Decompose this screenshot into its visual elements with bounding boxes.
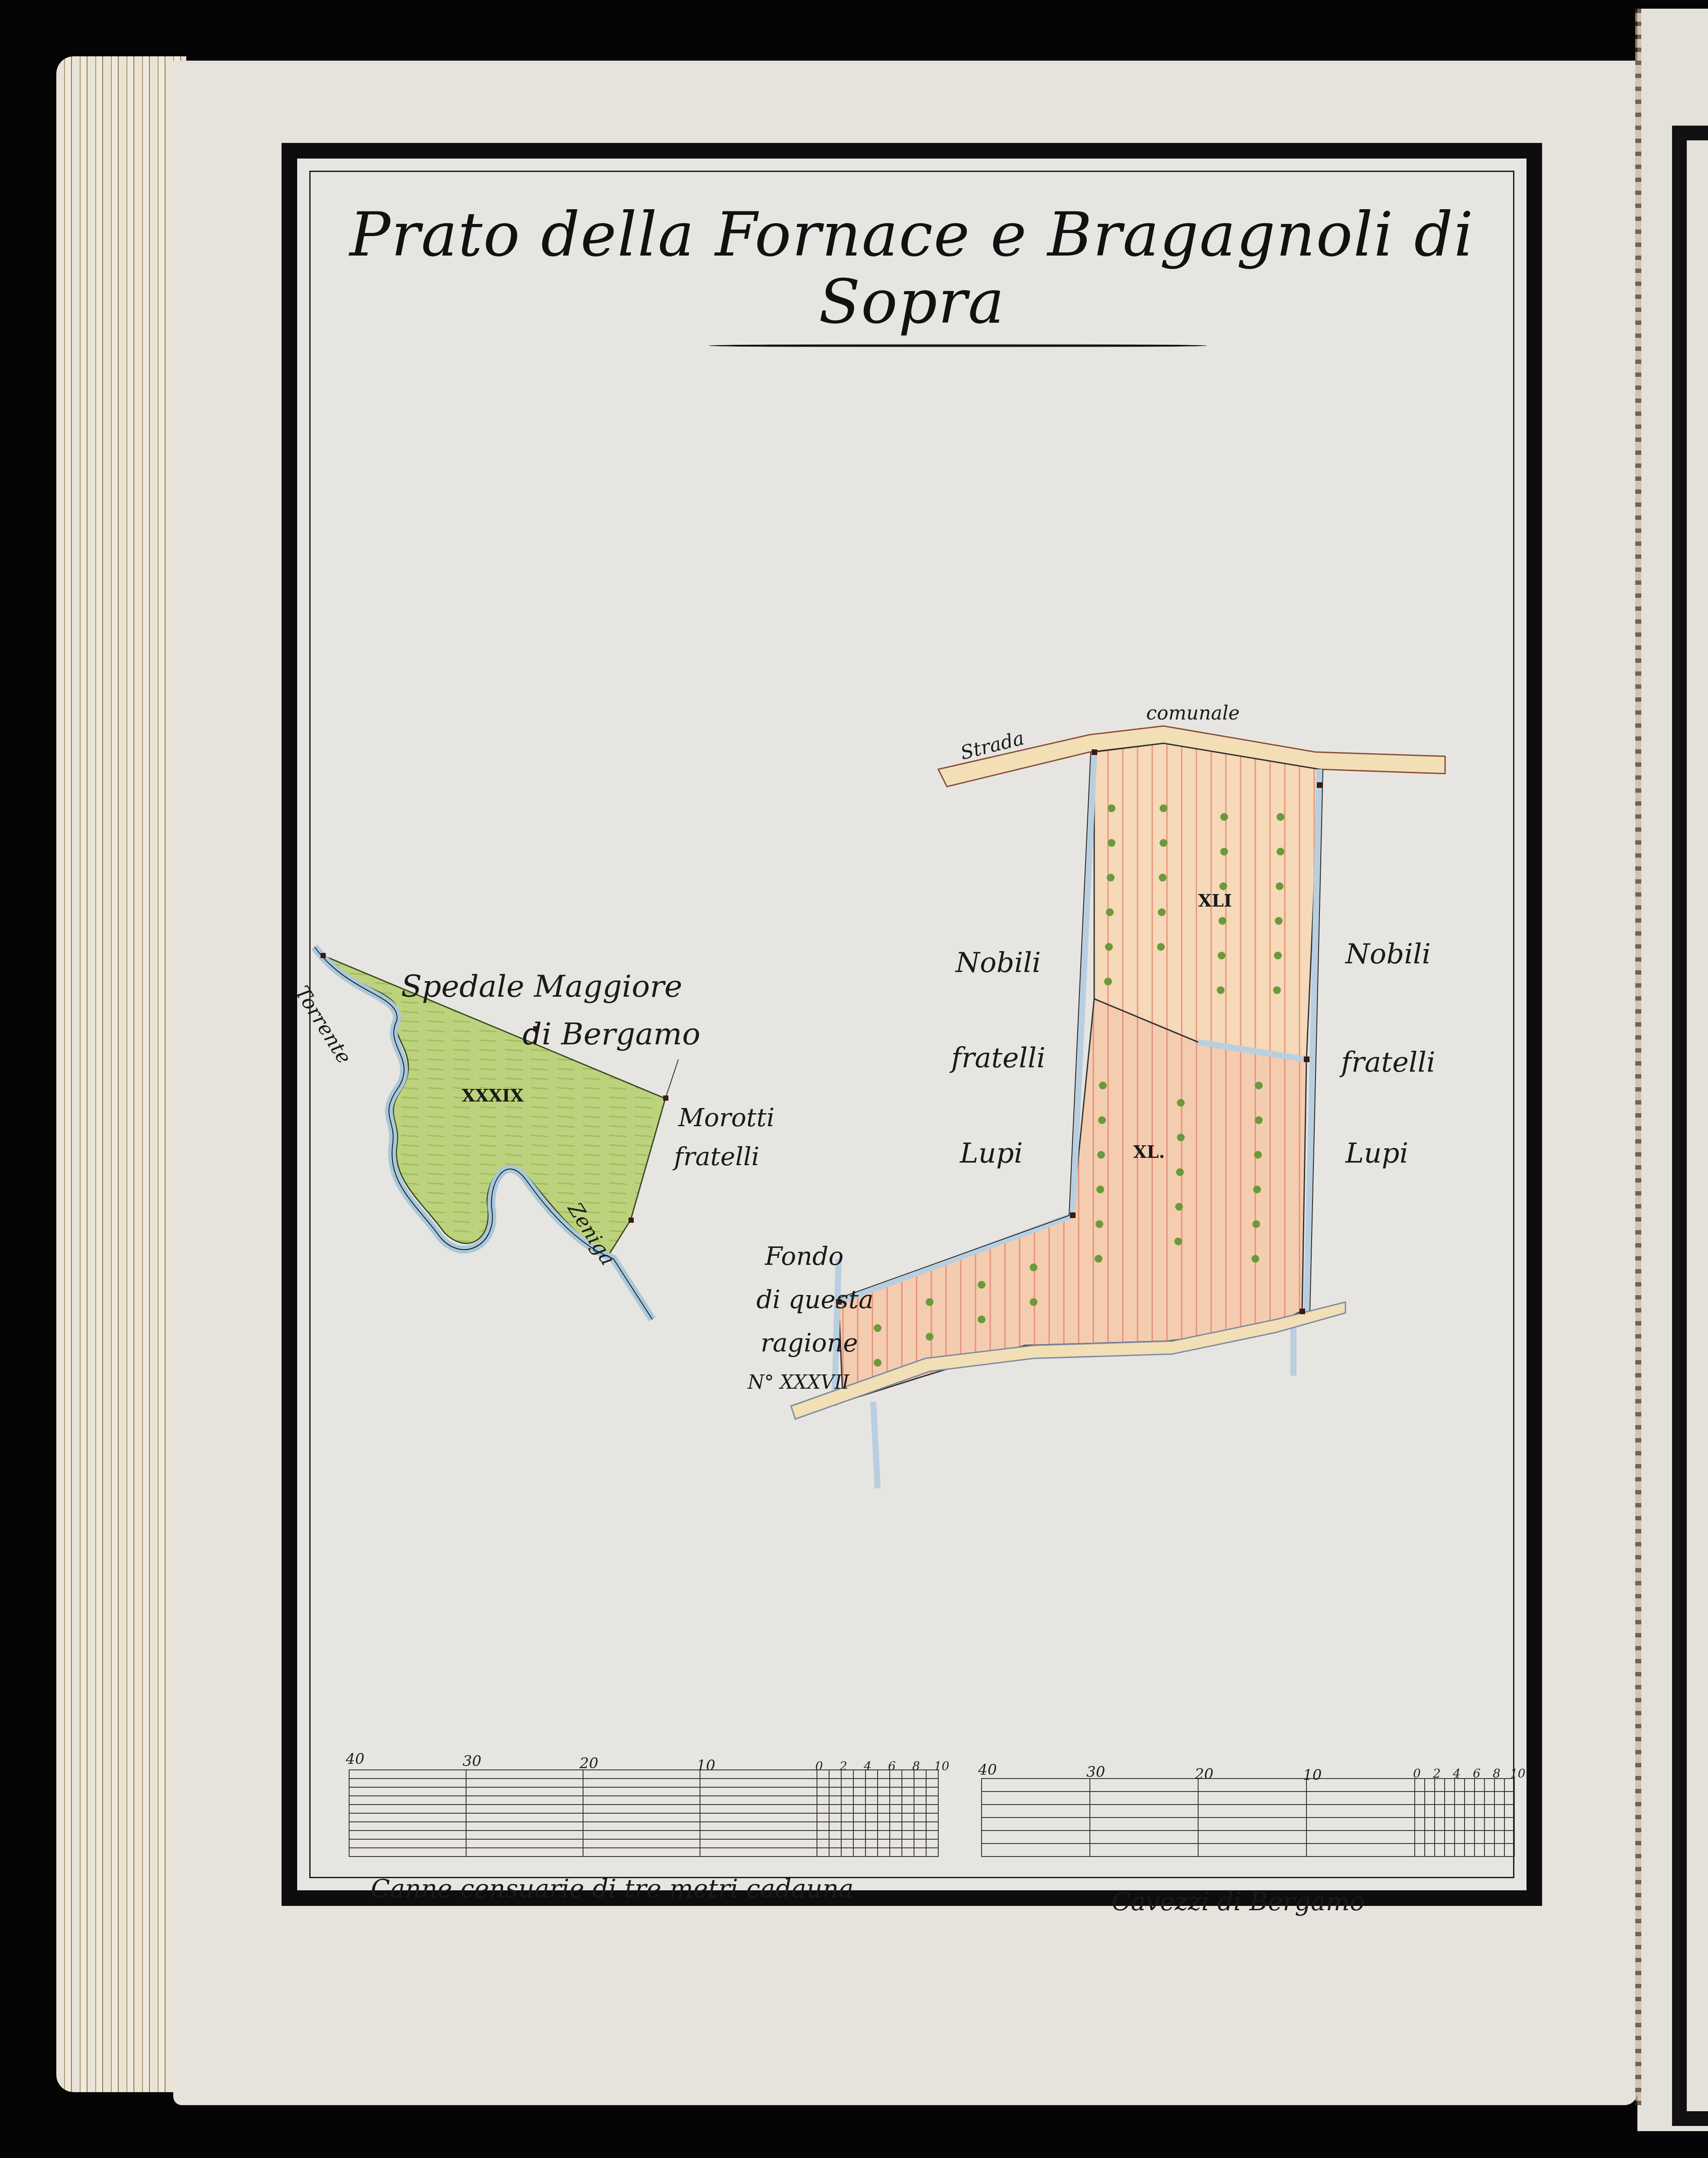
scale2-caption: Cavezzi di Bergamo	[1112, 1887, 1365, 1916]
book-page-edges	[56, 56, 186, 2092]
scale2-tick: 2	[1433, 1766, 1441, 1781]
scale1-tick: 10	[697, 1757, 715, 1774]
scale2-tick: 0	[1413, 1766, 1421, 1781]
map-frame: Prato della Fornace e Bragagnoli di Sopr…	[282, 143, 1542, 1906]
scale-bar-cavezzi	[982, 1779, 1514, 1857]
scale2-tick: 8	[1493, 1766, 1501, 1781]
scale1-tick: 10	[934, 1759, 950, 1773]
scale2-tick: 30	[1086, 1763, 1105, 1781]
scale2-tick: 10	[1303, 1766, 1322, 1784]
scale1-tick: 20	[580, 1755, 598, 1772]
scale1-tick: 4	[864, 1759, 872, 1773]
scale2-tick: 10	[1510, 1766, 1526, 1781]
scale1-tick: 6	[888, 1759, 896, 1773]
scale2-tick: 4	[1453, 1766, 1461, 1781]
scale2-tick: 40	[978, 1761, 997, 1779]
right-page-frame	[1672, 126, 1708, 2126]
scale1-tick: 8	[912, 1759, 920, 1773]
scale-bars	[297, 159, 1558, 1921]
scale1-tick: 40	[346, 1750, 364, 1768]
scale2-tick: 6	[1473, 1766, 1481, 1781]
scale1-caption: Canne censuarie di tre metri cadauna	[371, 1874, 854, 1903]
scale1-tick: 0	[815, 1759, 823, 1773]
scale1-tick: 2	[839, 1759, 847, 1773]
book-gutter	[1635, 9, 1641, 2105]
scale2-tick: 20	[1195, 1766, 1213, 1783]
scale1-tick: 30	[463, 1753, 481, 1770]
scale-bar-canne	[349, 1770, 938, 1857]
